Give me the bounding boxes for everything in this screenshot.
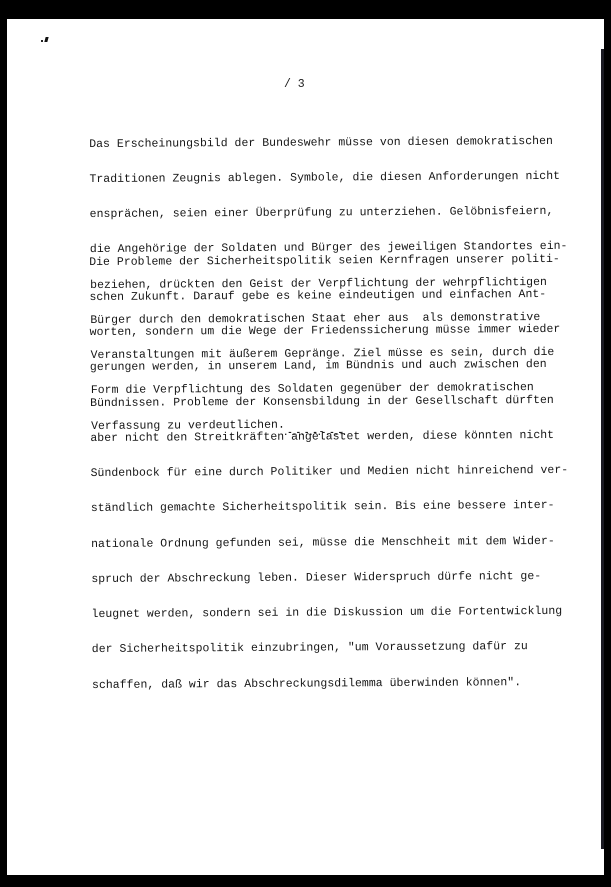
text-line: spruch der Abschreckung leben. Dieser Wi… [91,571,569,586]
text-line: ensprächen, seien einer Überprüfung zu u… [90,206,568,221]
text-line: Sündenbock für eine durch Politiker und … [91,465,569,480]
text-line: worten, sondern um die Wege der Friedens… [90,324,568,339]
text-line: Bündnissen. Probleme der Konsensbildung … [90,394,568,409]
text-line: ständlich gemachte Sicherheitspolitik se… [91,500,569,515]
text-line: leugnet werden, sondern sei in die Disku… [91,606,569,621]
text-line: nationale Ordnung gefunden sei, müsse di… [91,535,569,550]
paragraph-2: Die Probleme der Sicherheitspolitik seie… [89,230,570,703]
text-line: Das Erscheinungsbild der Bundeswehr müss… [89,135,567,150]
text-line: Traditionen Zeugnis ablegen. Symbole, di… [89,171,567,186]
text-line: gerungen werden, in unserem Land, im Bün… [90,359,568,374]
end-separator: .-.-.-.-.-.-.-. [283,428,346,438]
text-line: der Sicherheitspolitik einzubringen, "um… [92,641,570,656]
page-number: / 3 [284,78,305,91]
text-line: schaffen, daß wir das Abschreckungsdilem… [92,676,570,691]
scan-speck-mark [41,40,43,42]
text-line: Die Probleme der Sicherheitspolitik seie… [89,253,567,268]
text-line: schen Zukunft. Darauf gebe es keine eind… [89,289,567,304]
scan-edge-shadow [601,49,604,849]
